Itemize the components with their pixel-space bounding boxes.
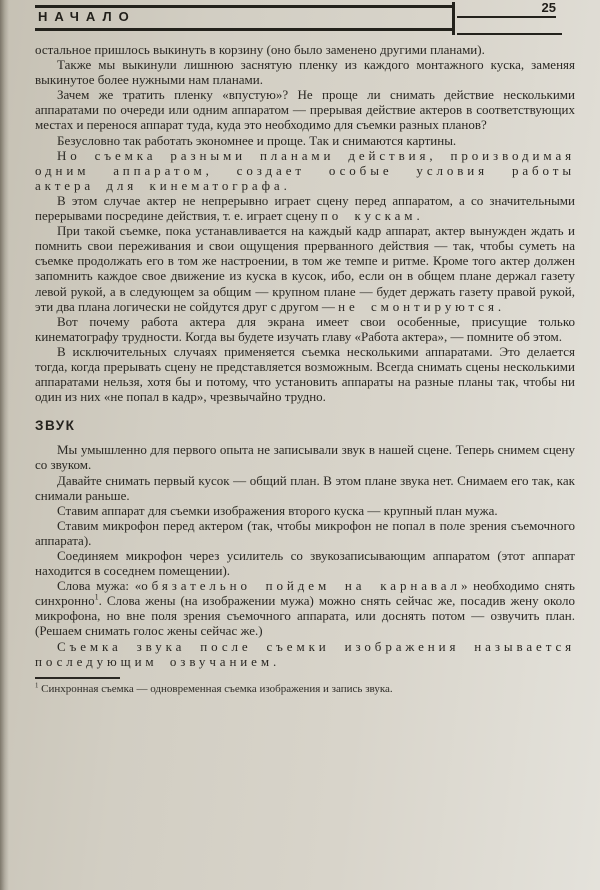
text-sections: остальное пришлось выкинуть в корзину (о… — [35, 42, 575, 669]
paragraph: Ставим микрофон перед актером (так, чтоб… — [35, 518, 575, 548]
text-segment: Безусловно так работать экономнее и прощ… — [57, 133, 456, 148]
paragraph: Съемка звука после съемки изображения на… — [35, 639, 575, 669]
running-title: НАЧАЛО — [38, 9, 136, 24]
header-rule-right-top — [457, 16, 556, 18]
text-segment: Зачем же тратить пленку «впустую»? Не пр… — [35, 87, 575, 132]
paragraph: Слова мужа: «обязательно пойдем на карна… — [35, 578, 575, 638]
paragraph: Также мы выкинули лишнюю заснятую пленку… — [35, 57, 575, 87]
paragraph: остальное пришлось выкинуть в корзину (о… — [35, 42, 575, 57]
paragraph: Соединяем микрофон через усилитель со зв… — [35, 548, 575, 578]
text-segment: Мы умышленно для первого опыта не записы… — [35, 442, 575, 472]
text-segment: Давайте снимать первый кусок — общий пла… — [35, 473, 575, 503]
footnote-block: 1 Синхронная съемка — одновременная съем… — [35, 677, 575, 696]
page-body: остальное пришлось выкинуть в корзину (о… — [35, 42, 575, 696]
text-segment: Слова мужа: « — [57, 578, 141, 593]
paragraph: Ставим аппарат для съемки изображения вт… — [35, 503, 575, 518]
footnote-text: Синхронная съемка — одновременная съемка… — [38, 683, 392, 695]
text-segment: Соединяем микрофон через усилитель со зв… — [35, 548, 575, 578]
paragraph: Безусловно так работать экономнее и прощ… — [35, 133, 575, 148]
emphasized-text: не смонтируются — [338, 299, 498, 314]
paragraph: Зачем же тратить пленку «впустую»? Не пр… — [35, 87, 575, 132]
footnote: 1 Синхронная съемка — одновременная съем… — [35, 683, 575, 696]
header-rule-under-title — [35, 28, 452, 31]
text-segment: В исключительных случаях применяется съе… — [35, 344, 575, 404]
text-segment: . — [416, 208, 419, 223]
page-number: 25 — [455, 0, 556, 15]
header-rule-top — [35, 5, 452, 8]
paragraph: В этом случае актер не непрерывно играет… — [35, 193, 575, 223]
header-rule-right-bottom — [457, 33, 562, 35]
page-gutter-shadow — [0, 0, 9, 890]
text-segment: Ставим аппарат для съемки изображения вт… — [57, 503, 498, 518]
footnote-rule — [35, 677, 120, 679]
text-segment: Также мы выкинули лишнюю заснятую пленку… — [35, 57, 575, 87]
emphasized-text: обязательно пойдем на карнавал — [141, 578, 461, 593]
text-segment: В этом случае актер не непрерывно играет… — [35, 193, 575, 223]
emphasized-text: Но съемка разными планами действия, прои… — [35, 148, 575, 193]
paragraph: В исключительных случаях применяется съе… — [35, 344, 575, 404]
paragraph: Вот почему работа актера для экрана имее… — [35, 314, 575, 344]
text-segment: Ставим микрофон перед актером (так, чтоб… — [35, 518, 575, 548]
emphasized-text: Съемка звука после съемки изображения на… — [35, 639, 575, 669]
book-page: НАЧАЛО 25 остальное пришлось выкинуть в … — [0, 0, 600, 890]
paragraph: При такой съемке, пока устанавливается н… — [35, 223, 575, 314]
paragraph: Мы умышленно для первого опыта не записы… — [35, 442, 575, 472]
paragraph: Но съемка разными планами действия, прои… — [35, 148, 575, 193]
text-segment: . Слова жены (на изображении мужа) можно… — [35, 593, 575, 638]
emphasized-text: по кускам — [321, 208, 417, 223]
text-segment: . — [498, 299, 501, 314]
text-segment: Вот почему работа актера для экрана имее… — [35, 314, 575, 344]
paragraph: Давайте снимать первый кусок — общий пла… — [35, 473, 575, 503]
section-heading: ЗВУК — [35, 418, 575, 433]
text-segment: остальное пришлось выкинуть в корзину (о… — [35, 42, 485, 57]
